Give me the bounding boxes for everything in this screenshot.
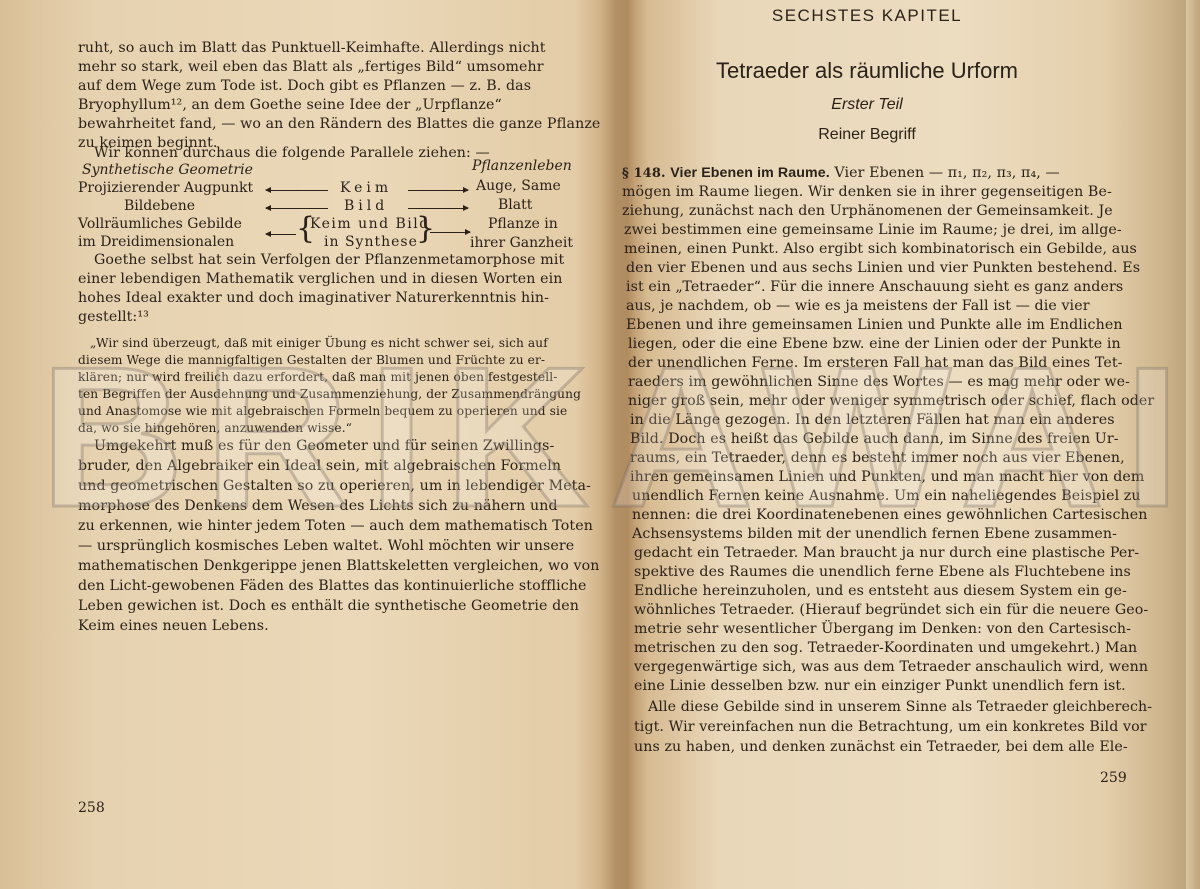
arrow-left-icon — [266, 190, 328, 191]
open-book-spread: ruht, so auch im Blatt das Punktuell-Kei… — [0, 0, 1200, 889]
text-line: nennen: die drei Koordinatenebenen eines… — [632, 505, 1147, 525]
chapter-label: SECHSTES KAPITEL — [636, 6, 1098, 26]
arrow-left-icon — [266, 234, 296, 235]
text-line: bewahrheitet fand, — wo an den Rändern d… — [78, 114, 565, 134]
text-line: eine Linie desselben bzw. nur ein einzig… — [634, 676, 1126, 696]
paragraph-lead: § 148. Vier Ebenen im Raume. Vier Ebenen… — [622, 163, 1060, 184]
text-line: raeders im gewöhnlichen Sinne des Wortes… — [628, 372, 1130, 392]
text-line: auf dem Wege zum Tode ist. Doch gibt es … — [78, 76, 565, 96]
text-line: spektive des Raumes die unendlich ferne … — [634, 562, 1131, 582]
text-line: Bild. Doch es heißt das Gebilde auch dan… — [630, 429, 1119, 449]
text-line: liegen, oder die eine Ebene bzw. eine de… — [628, 334, 1121, 354]
text-line: einer lebendigen Mathematik verglichen u… — [78, 269, 565, 289]
table-cell: Auge, Same — [476, 178, 561, 194]
text-line: den vier Ebenen und aus sechs Linien und… — [626, 258, 1140, 278]
text-line: uns zu haben, und denken zunächst ein Te… — [634, 737, 1128, 757]
text-line: mathematischen Denkgerippe jenen Blattsk… — [78, 556, 600, 576]
text-line: ziehung, zunächst nach den Urphänomenen … — [622, 201, 1113, 221]
text-line: Vier Ebenen — π₁, π₂, π₃, π₄, — — [834, 165, 1059, 181]
text-line: meinen, einen Punkt. Also ergibt sich ko… — [624, 239, 1137, 259]
text-line: vergegenwärtige sich, was aus dem Tetrae… — [634, 657, 1148, 677]
table-right-header: Pflanzenleben — [472, 158, 572, 174]
text-line: bruder, den Algebraiker ein Ideal sein, … — [78, 456, 561, 476]
arrow-right-icon — [430, 232, 470, 233]
text-line: wöhnliches Tetraeder. (Hierauf begründet… — [634, 600, 1148, 620]
text-line: mögen im Raume liegen. Wir denken sie in… — [622, 182, 1112, 202]
table-cell: Blatt — [498, 197, 532, 213]
text-line: — ursprünglich kosmisches Leben waltet. … — [78, 536, 574, 556]
text-line: raums, ein Tetraeder, denn es besteht im… — [630, 448, 1125, 468]
section-heading: Reiner Begriff — [636, 126, 1098, 144]
page-number: 258 — [78, 800, 105, 816]
table-cell: Pflanze in — [488, 216, 558, 232]
table-cell: in Synthese — [324, 234, 418, 250]
arrow-left-icon — [266, 208, 328, 209]
text-line: Ebenen und ihre gemeinsamen Linien und P… — [626, 315, 1123, 335]
text-line: Leben gewichen ist. Doch es enthält die … — [78, 596, 579, 616]
text-line: Keim eines neuen Lebens. — [78, 616, 269, 636]
text-line: ist ein „Tetraeder“. Für die innere Ansc… — [626, 277, 1123, 297]
text-line: morphose des Denkens dem Wesen des Licht… — [78, 496, 558, 516]
text-line: zwei bestimmen eine gemeinsame Linie im … — [624, 220, 1122, 240]
text-line: metrie sehr wesentlicher Übergang im Den… — [634, 619, 1131, 639]
text-line: mehr so stark, weil eben das Blatt als „… — [78, 57, 565, 77]
page-number: 259 — [1100, 770, 1127, 786]
chapter-title: Tetraeder als räumliche Urform — [636, 58, 1098, 84]
table-cell: im Dreidimensionalen — [78, 234, 234, 250]
text-line: gestellt:¹³ — [78, 307, 149, 327]
text-line: aus, je nachdem, ob — wie es ja meistens… — [626, 296, 1090, 316]
table-cell: Keim und Bild — [310, 216, 430, 232]
text-line: zu erkennen, wie hinter jedem Toten — au… — [78, 516, 593, 536]
text-line: hohes Ideal exakter und doch imaginative… — [78, 288, 565, 308]
left-page: ruht, so auch im Blatt das Punktuell-Kei… — [78, 0, 568, 889]
table-left-header: Synthetische Geometrie — [82, 162, 253, 178]
text-line: gedacht ein Tetraeder. Man braucht ja nu… — [634, 543, 1139, 563]
text-line: Achsensystems bilden mit der unendlich f… — [632, 524, 1117, 544]
text-line: Alle diese Gebilde sind in unserem Sinne… — [648, 697, 1152, 717]
text-line: der unendlichen Ferne. Im ersteren Fall … — [628, 353, 1123, 373]
text-line: Umgekehrt muß es für den Geometer und fü… — [94, 436, 554, 456]
text-line: in die Länge gezogen. In den letzteren F… — [630, 410, 1115, 430]
arrow-right-icon — [408, 190, 468, 191]
table-cell: Projizierender Augpunkt — [78, 180, 253, 196]
text-line: unendlich Fernen keine Ausnahme. Um ein … — [632, 486, 1141, 506]
text-line: niger groß sein, mehr oder weniger symme… — [628, 391, 1154, 411]
right-brace: } — [416, 214, 435, 244]
quote-line: da, wo sie hingehören, anzuwenden wisse.… — [78, 418, 352, 438]
text-line: ruht, so auch im Blatt das Punktuell-Kei… — [78, 38, 565, 58]
table-cell: Vollräumliches Gebilde — [78, 216, 242, 232]
page-edge — [1186, 0, 1200, 889]
table-cell: Bild — [344, 198, 388, 214]
table-cell: ihrer Ganzheit — [470, 235, 573, 251]
text-line: Bryophyllum¹², an dem Goethe seine Idee … — [78, 95, 502, 115]
text-line: tigt. Wir vereinfachen nun die Betrachtu… — [634, 717, 1147, 737]
text-line: metrischen zu den sog. Tetraeder-Koordin… — [634, 638, 1137, 658]
text-line: und geometrischen Gestalten so zu operie… — [78, 476, 591, 496]
text-line: den Licht-gewobenen Fäden des Blattes da… — [78, 576, 587, 596]
part-label: Erster Teil — [636, 96, 1098, 114]
paragraph-number: § 148. — [622, 166, 666, 181]
right-page: SECHSTES KAPITEL Tetraeder als räumliche… — [636, 0, 1098, 889]
paragraph-title: Vier Ebenen im Raume. — [670, 165, 830, 181]
text-line: Goethe selbst hat sein Verfolgen der Pfl… — [94, 250, 565, 270]
table-cell: Bildebene — [124, 198, 195, 214]
arrow-right-icon — [408, 208, 468, 209]
text-line: Endliche hereinzuholen, und es entsteht … — [634, 581, 1127, 601]
table-cell: Keim — [340, 180, 392, 196]
text-line: ihren gemeinsamen Linien und Punkten, un… — [630, 467, 1144, 487]
